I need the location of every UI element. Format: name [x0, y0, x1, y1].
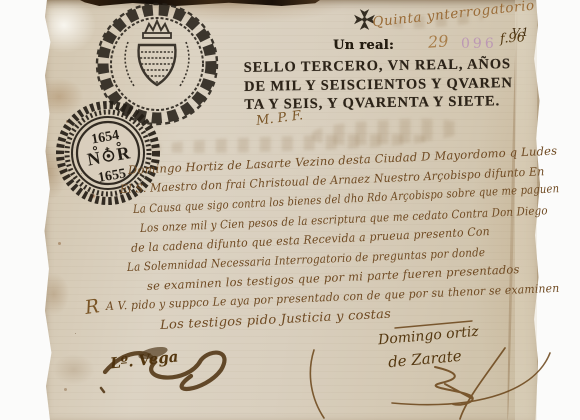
folio-number: f.96 [500, 30, 526, 47]
tax-stamp-text: SELLO TERCERO, VN REAL, AÑOS DE MIL Y SE… [244, 55, 514, 114]
manuscript-photo: 1654 N R 1655 Un real: Quinta [0, 0, 580, 420]
fee-label: Un real: [333, 38, 394, 53]
signature-left-flourish [95, 340, 265, 407]
stamped-folio-number: 096 [461, 36, 497, 52]
inventory-number: 29 [427, 31, 449, 51]
signature-right-flourish [300, 315, 560, 420]
margin-mark: R [84, 295, 101, 319]
